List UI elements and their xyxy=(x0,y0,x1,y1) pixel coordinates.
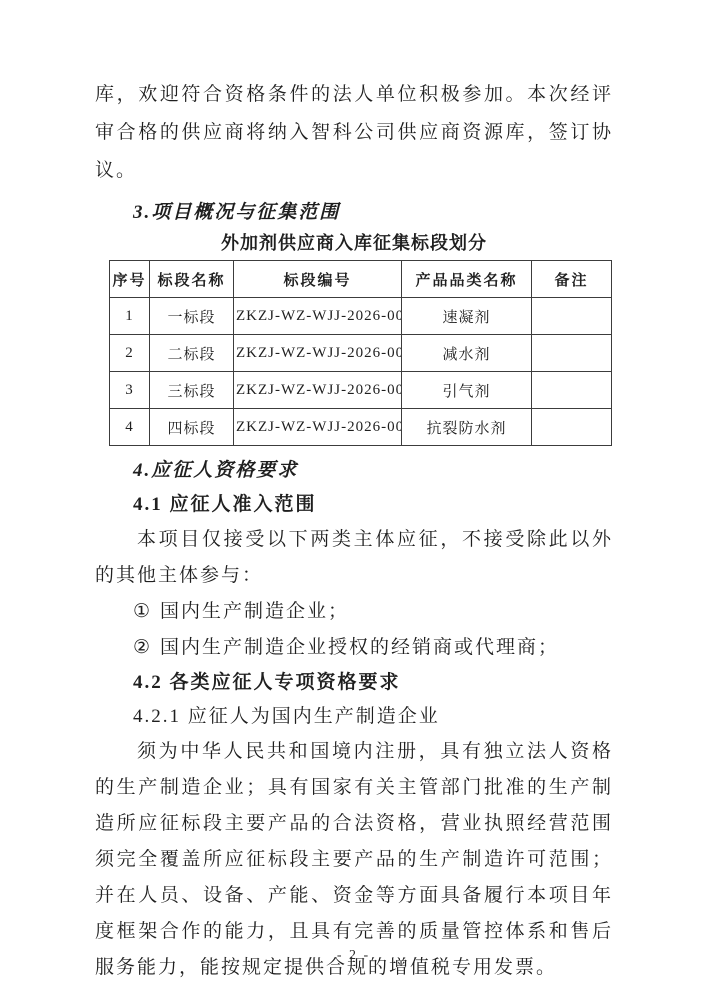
list-item-1: ①国内生产制造企业； xyxy=(133,594,613,630)
table-cell: 抗裂防水剂 xyxy=(402,409,532,446)
list-item-2-text: 国内生产制造企业授权的经销商或代理商； xyxy=(160,637,559,658)
section-3-heading: 3.项目概况与征集范围 xyxy=(133,196,613,230)
table-cell xyxy=(532,335,612,372)
section-4-2-1-heading: 4.2.1 应征人为国内生产制造企业 xyxy=(133,700,613,734)
table-row: 3 三标段 ZKZJ-WZ-WJJ-2026-003 引气剂 xyxy=(110,372,612,409)
table-cell: 1 xyxy=(110,298,150,335)
table-cell xyxy=(532,298,612,335)
table-row: 1 一标段 ZKZJ-WZ-WJJ-2026-001 速凝剂 xyxy=(110,298,612,335)
table-header-cell: 标段编号 xyxy=(234,261,402,298)
circled-one-marker: ① xyxy=(133,601,150,622)
table-cell: 二标段 xyxy=(150,335,234,372)
table-cell xyxy=(532,372,612,409)
table-cell: ZKZJ-WZ-WJJ-2026-003 xyxy=(234,372,402,409)
table-cell: 一标段 xyxy=(150,298,234,335)
table-cell: ZKZJ-WZ-WJJ-2026-002 xyxy=(234,335,402,372)
table-cell: 3 xyxy=(110,372,150,409)
table-cell: 四标段 xyxy=(150,409,234,446)
table-cell: 引气剂 xyxy=(402,372,532,409)
table-header-cell: 序号 xyxy=(110,261,150,298)
table-header-cell: 产品品类名称 xyxy=(402,261,532,298)
table-cell: 三标段 xyxy=(150,372,234,409)
table-title: 外加剂供应商入库征集标段划分 xyxy=(95,230,613,256)
section-4-heading: 4.应征人资格要求 xyxy=(133,454,613,488)
paragraph-continuation: 库，欢迎符合资格条件的法人单位积极参加。本次经评审合格的供应商将纳入智科公司供应… xyxy=(95,76,613,190)
table-cell: ZKZJ-WZ-WJJ-2026-004 xyxy=(234,409,402,446)
section-4-1-heading: 4.1 应征人准入范围 xyxy=(133,488,613,522)
list-item-1-text: 国内生产制造企业； xyxy=(160,601,349,622)
table-header-cell: 备注 xyxy=(532,261,612,298)
section-4-2-heading: 4.2 各类应征人专项资格要求 xyxy=(133,666,613,700)
paragraph-4-1: 本项目仅接受以下两类主体应征，不接受除此以外的其他主体参与： xyxy=(95,522,613,594)
lots-table: 序号 标段名称 标段编号 产品品类名称 备注 1 一标段 ZKZJ-WZ-WJJ… xyxy=(109,260,612,446)
page-number: - 2 - xyxy=(0,948,707,964)
list-item-2: ②国内生产制造企业授权的经销商或代理商； xyxy=(133,630,613,666)
table-cell: 2 xyxy=(110,335,150,372)
table-cell: 减水剂 xyxy=(402,335,532,372)
table-cell: 4 xyxy=(110,409,150,446)
document-page: 库，欢迎符合资格条件的法人单位积极参加。本次经评审合格的供应商将纳入智科公司供应… xyxy=(0,0,707,1000)
table-cell: ZKZJ-WZ-WJJ-2026-001 xyxy=(234,298,402,335)
table-row: 4 四标段 ZKZJ-WZ-WJJ-2026-004 抗裂防水剂 xyxy=(110,409,612,446)
table-cell: 速凝剂 xyxy=(402,298,532,335)
table-header-cell: 标段名称 xyxy=(150,261,234,298)
table-cell xyxy=(532,409,612,446)
table-row: 2 二标段 ZKZJ-WZ-WJJ-2026-002 减水剂 xyxy=(110,335,612,372)
table-header-row: 序号 标段名称 标段编号 产品品类名称 备注 xyxy=(110,261,612,298)
circled-two-marker: ② xyxy=(133,637,150,658)
